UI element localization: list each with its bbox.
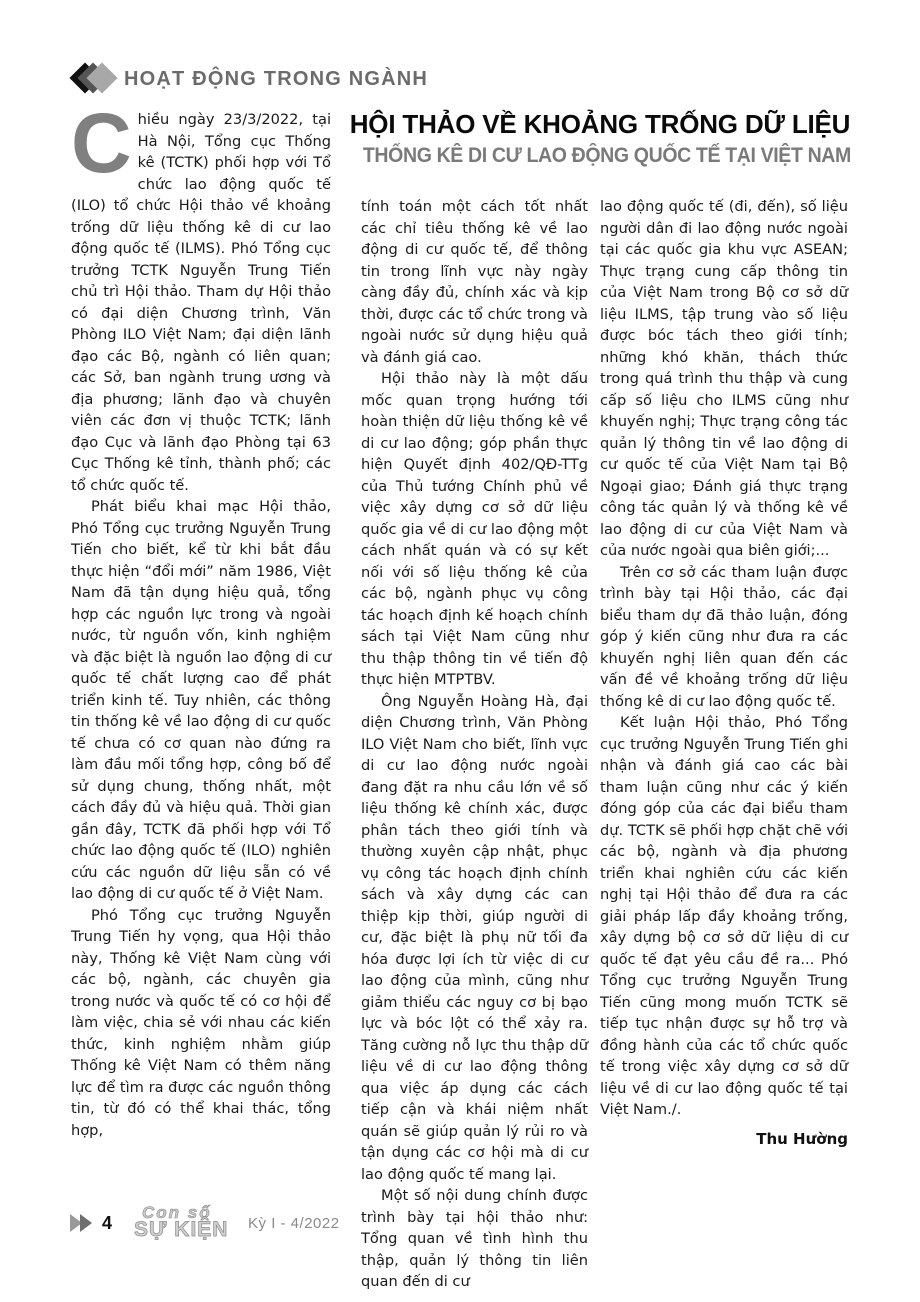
issue-label: Kỳ I - 4/2022 — [248, 1215, 340, 1232]
paragraph: Phát biểu khai mạc Hội thảo, Phó Tổng cụ… — [71, 496, 331, 905]
article-title-line-1: HỘI THẢO VỀ KHOẢNG TRỐNG DỮ LIỆU — [345, 108, 855, 140]
author-byline: Thu Hường — [600, 1129, 848, 1151]
section-header: HOẠT ĐỘNG TRONG NGÀNH — [70, 62, 428, 96]
magazine-logo: Con số SỰ KIỆN — [134, 1206, 244, 1240]
article-column-3: lao động quốc tế (đi, đến), số liệu ngườ… — [600, 196, 848, 1150]
page-footer: 4 Con số SỰ KIỆN Kỳ I - 4/2022 — [70, 1205, 340, 1241]
paragraph: Ông Nguyễn Hoàng Hà, đại diện Chương trì… — [361, 691, 588, 1186]
page-number: 4 — [102, 1213, 112, 1234]
paragraph: Trên cơ sở các tham luận được trình bày … — [600, 562, 848, 713]
paragraph-intro: Chiều ngày 23/3/2022, tại Hà Nội, Tổng c… — [71, 109, 331, 496]
paragraph: Hội thảo này là một dấu mốc quan trọng h… — [361, 368, 588, 691]
paragraph-continued: tính toán một cách tốt nhất các chỉ tiêu… — [361, 196, 588, 368]
paragraph-continued: lao động quốc tế (đi, đến), số liệu ngườ… — [600, 196, 848, 562]
paragraph: Kết luận Hội thảo, Phó Tổng cục trưởng N… — [600, 712, 848, 1121]
article-title-line-2: THỐNG KÊ DI CƯ LAO ĐỘNG QUỐC TẾ TẠI VIỆT… — [363, 142, 837, 170]
paragraph: Một số nội dung chính được trình bày tại… — [361, 1185, 588, 1293]
logo-line-2: SỰ KIỆN — [134, 1218, 228, 1242]
section-title: HOẠT ĐỘNG TRONG NGÀNH — [124, 68, 428, 91]
paragraph: Phó Tổng cục trưởng Nguyễn Trung Tiến hy… — [71, 905, 331, 1142]
article-column-2: tính toán một cách tốt nhất các chỉ tiêu… — [361, 196, 588, 1293]
dropcap-letter: C — [71, 111, 132, 175]
article-column-1: Chiều ngày 23/3/2022, tại Hà Nội, Tổng c… — [71, 109, 331, 1141]
article-title: HỘI THẢO VỀ KHOẢNG TRỐNG DỮ LIỆU THỐNG K… — [345, 108, 855, 170]
arrow-right-icon — [80, 1214, 92, 1232]
diamond-chevrons-icon — [70, 64, 122, 94]
